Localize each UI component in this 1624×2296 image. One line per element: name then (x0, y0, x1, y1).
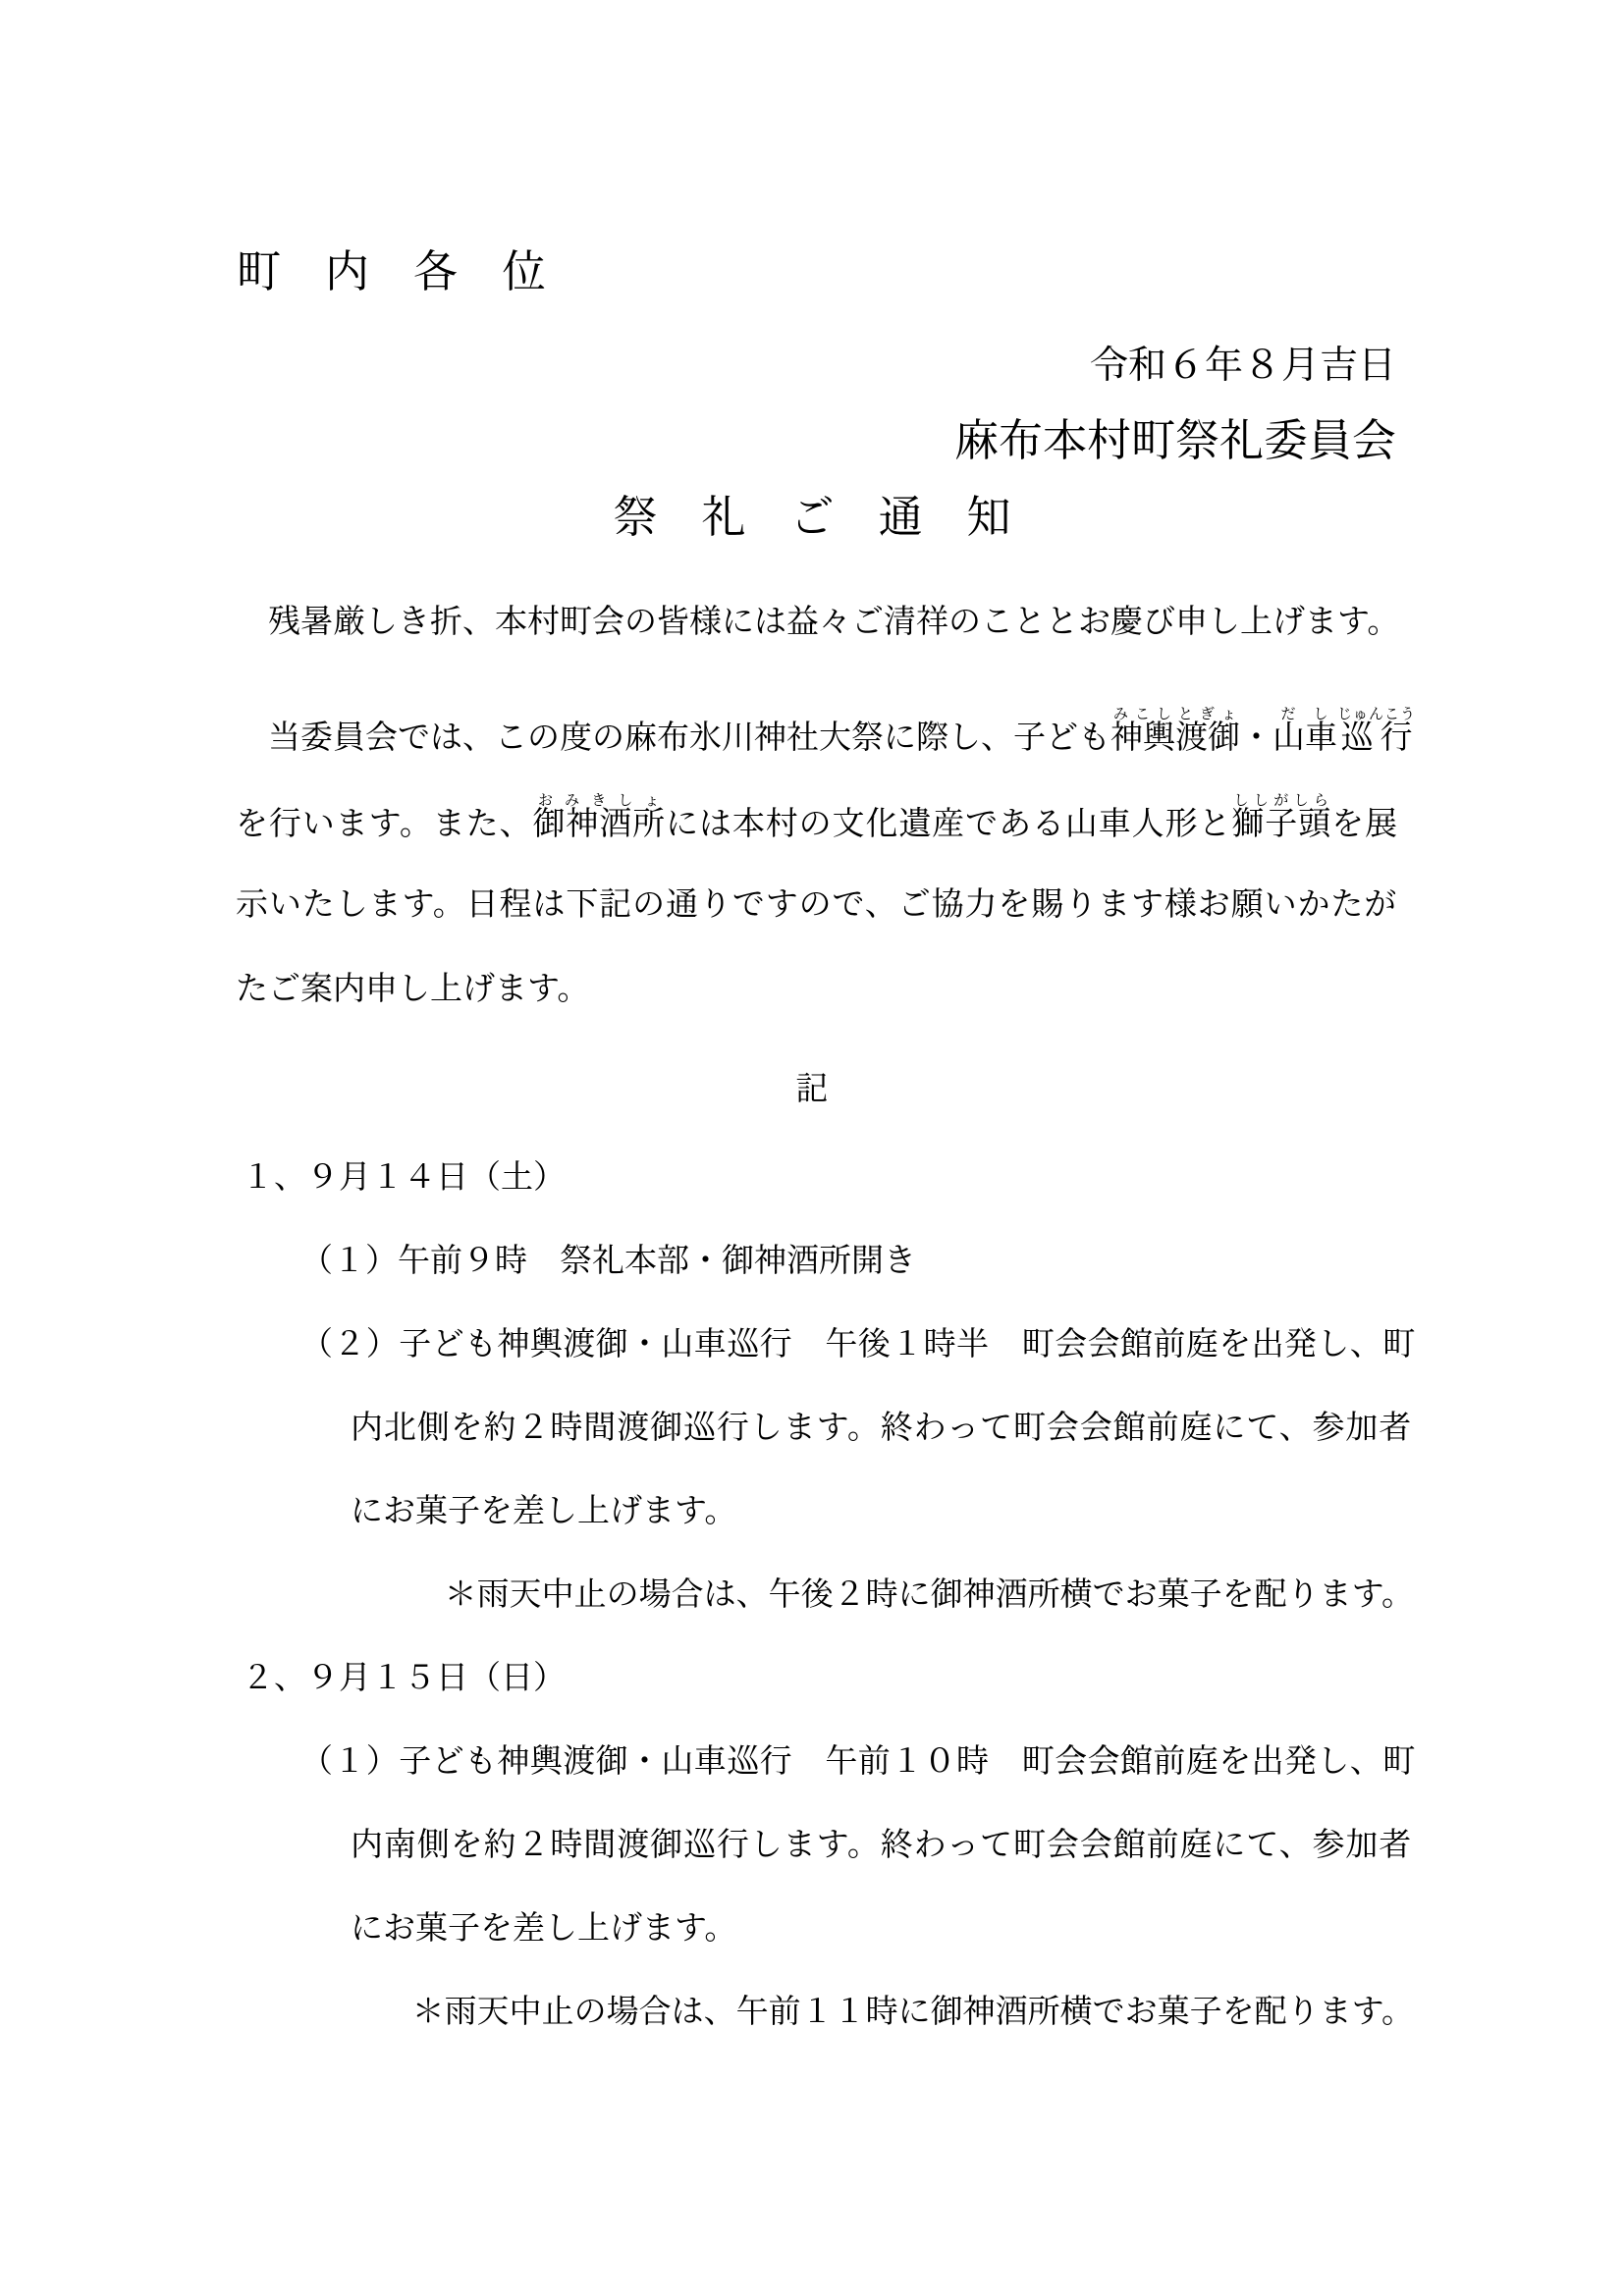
addressee-line: 町 内 各 位 (237, 231, 546, 314)
furigana-annotated-text: 御神酒所おみきしょ (532, 807, 666, 842)
furigana-annotated-text: 山車だし (1272, 721, 1337, 756)
body-paragraph-line3: 示いたします。日程は下記の通りですので、ご協力を賜ります様お願いかたが (236, 864, 1397, 947)
body-paragraph-line2: を行います。また、御神酒所おみきしょには本村の文化遺産である山車人形と獅子頭しし… (236, 783, 1398, 867)
document-page: 町 内 各 位 令和６年８月吉日 麻布本村町祭礼委員会 祭 礼 ご 通 知 残暑… (0, 0, 1624, 2296)
document-title: 祭 礼 ご 通 知 (0, 476, 1624, 560)
day1-item2-line2: 内北側を約２時間渡御巡行します。終わって町会会館前庭にて、参加者 (351, 1387, 1412, 1470)
day2-item1-line3: にお菓子を差し上げます。 (351, 1888, 736, 1971)
day2-heading: ２、９月１５日（日） (242, 1637, 566, 1721)
greeting-paragraph: 残暑厳しき折、本村町会の皆様には益々ご清祥のこととお慶び申し上げます。 (236, 581, 1399, 665)
furigana-annotated-text: 獅子頭ししがしら (1231, 807, 1331, 842)
day1-rain-note: ＊雨天中止の場合は、午後２時に御神酒所横でお菓子を配ります。 (236, 1554, 1414, 1637)
sender-line: 麻布本村町祭礼委員会 (236, 400, 1396, 483)
record-marker: 記 (0, 1048, 1624, 1132)
day2-rain-note: ＊雨天中止の場合は、午前１１時に御神酒所横でお菓子を配ります。 (236, 1971, 1414, 2055)
day1-item1: （１）午前９時 祭礼本部・御神酒所開き (300, 1220, 916, 1304)
furigana-annotated-text: 巡行じゅんこう (1337, 721, 1416, 756)
day2-item1-line2: 内南側を約２時間渡御巡行します。終わって町会会館前庭にて、参加者 (351, 1804, 1412, 1888)
day1-item2-line3: にお菓子を差し上げます。 (351, 1470, 736, 1554)
body-paragraph-line1: 当委員会では、この度の麻布氷川神社大祭に際し、子ども神輿渡御みこしとぎょ・山車だ… (236, 697, 1416, 780)
date-line: 令和６年８月吉日 (236, 324, 1396, 407)
day1-heading: １、９月１４日（土） (242, 1137, 566, 1220)
day2-item1-line1: （１）子ども神輿渡御・山車巡行 午前１０時 町会会館前庭を出発し、町 (300, 1721, 1416, 1804)
day1-item2-line1: （２）子ども神輿渡御・山車巡行 午後１時半 町会会館前庭を出発し、町 (300, 1304, 1416, 1387)
furigana-annotated-text: 神輿渡御みこしとぎょ (1110, 721, 1240, 756)
body-paragraph-line4: たご案内申し上げます。 (236, 948, 589, 1032)
